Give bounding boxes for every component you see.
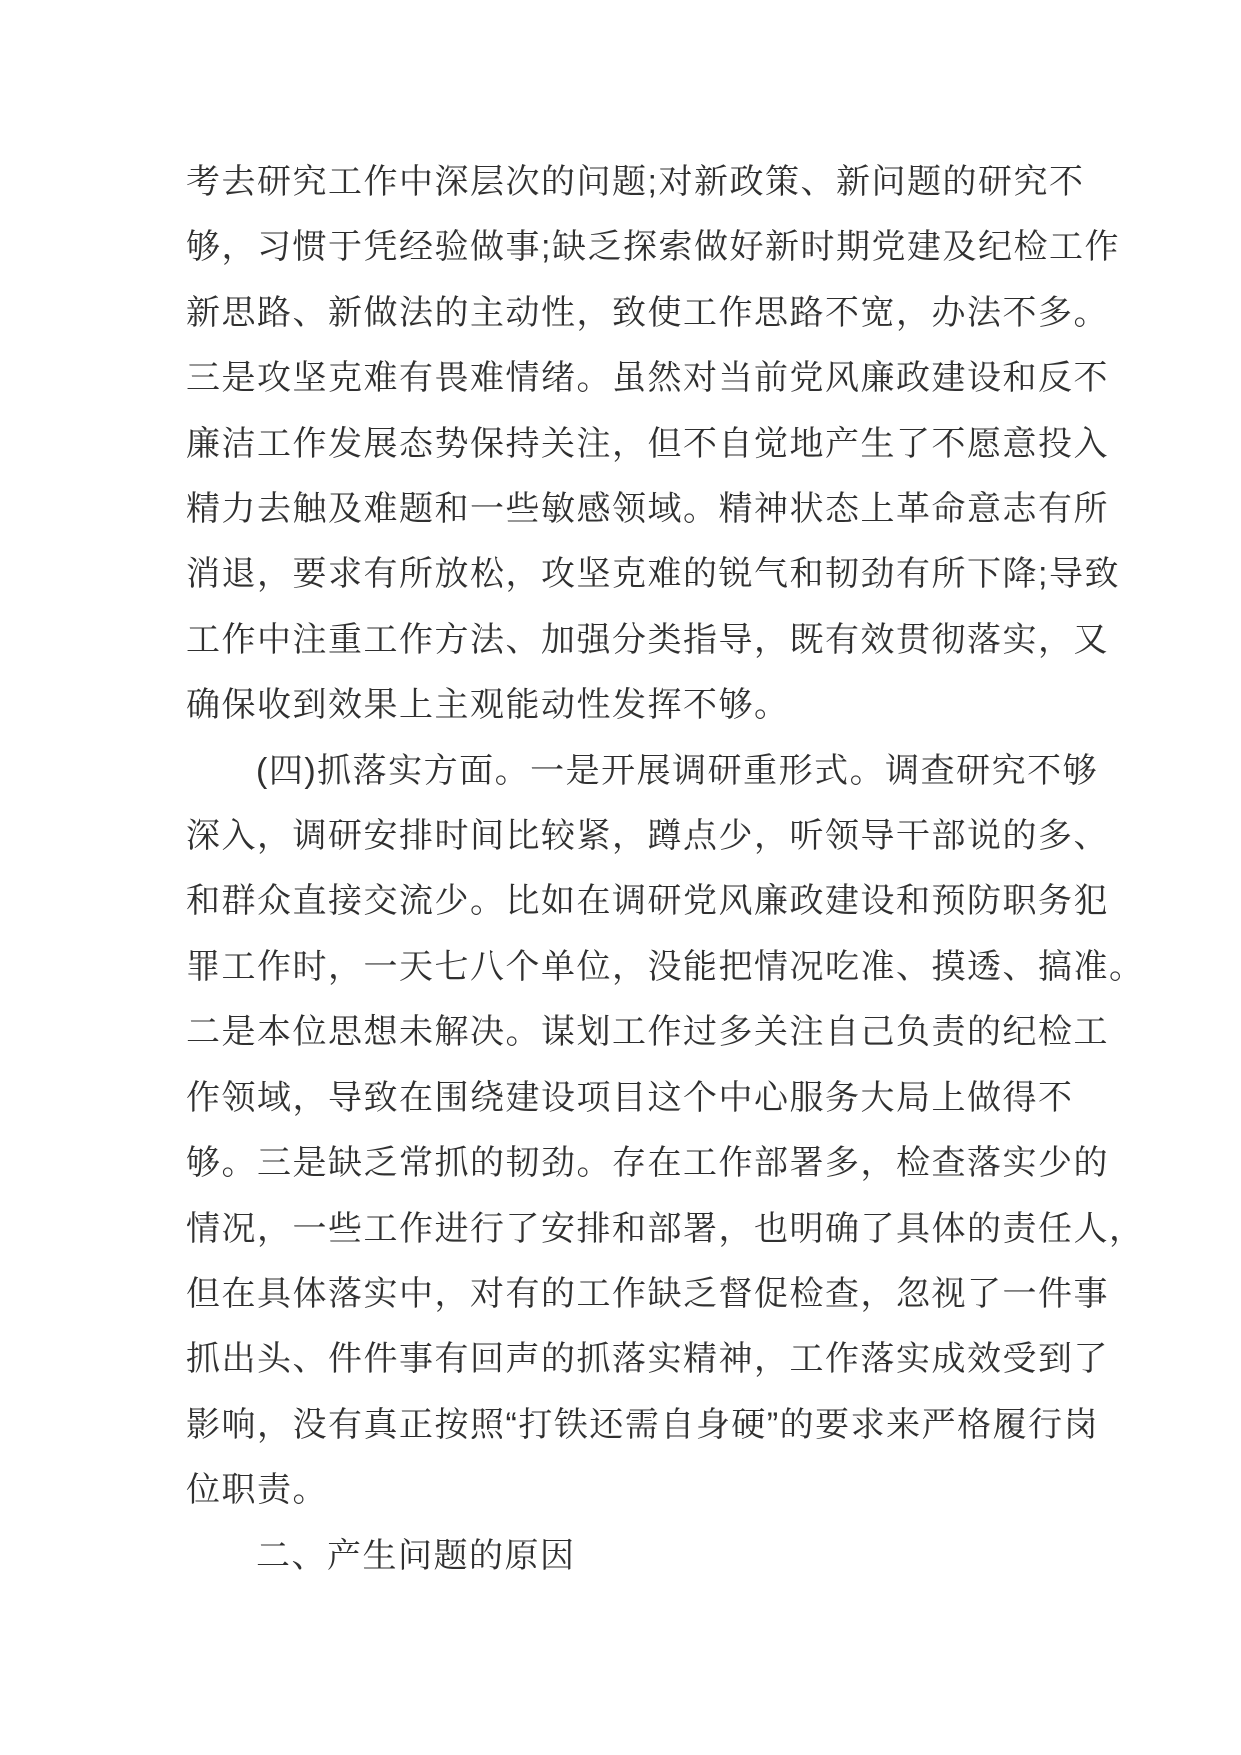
text-line: 二是本位思想未解决。谋划工作过多关注自己负责的纪检工 <box>186 1000 1071 1065</box>
text-line: 抓出头、件件事有回声的抓落实精神，工作落实成效受到了 <box>186 1327 1071 1392</box>
document-content: 考去研究工作中深层次的问题;对新政策、新问题的研究不够，习惯于凭经验做事;缺乏探… <box>186 150 1071 1589</box>
paragraph-continuation: 考去研究工作中深层次的问题;对新政策、新问题的研究不够，习惯于凭经验做事;缺乏探… <box>186 150 1071 739</box>
text-line: 二、产生问题的原因 <box>186 1524 1071 1589</box>
text-line: 消退，要求有所放松，攻坚克难的锐气和韧劲有所下降;导致 <box>186 542 1071 607</box>
text-line: 深入，调研安排时间比较紧，蹲点少，听领导干部说的多、 <box>186 804 1071 869</box>
text-line: 情况，一些工作进行了安排和部署，也明确了具体的责任人， <box>186 1197 1071 1262</box>
text-line: 三是攻坚克难有畏难情绪。虽然对当前党风廉政建设和反不 <box>186 346 1071 411</box>
text-line: 精力去触及难题和一些敏感领域。精神状态上革命意志有所 <box>186 477 1071 542</box>
text-line: 新思路、新做法的主动性，致使工作思路不宽，办法不多。 <box>186 281 1071 346</box>
text-line: 考去研究工作中深层次的问题;对新政策、新问题的研究不 <box>186 150 1071 215</box>
text-line: 确保收到效果上主观能动性发挥不够。 <box>186 673 1071 738</box>
text-line: 但在具体落实中，对有的工作缺乏督促检查，忽视了一件事 <box>186 1262 1071 1327</box>
text-line: 工作中注重工作方法、加强分类指导，既有效贯彻落实，又 <box>186 608 1071 673</box>
text-line: 够。三是缺乏常抓的韧劲。存在工作部署多，检查落实少的 <box>186 1131 1071 1196</box>
text-line: (四)抓落实方面。一是开展调研重形式。调查研究不够 <box>186 739 1071 804</box>
text-line: 廉洁工作发展态势保持关注，但不自觉地产生了不愿意投入 <box>186 412 1071 477</box>
document-page: 考去研究工作中深层次的问题;对新政策、新问题的研究不够，习惯于凭经验做事;缺乏探… <box>0 0 1241 1755</box>
text-line: 位职责。 <box>186 1458 1071 1523</box>
paragraph-section-four: (四)抓落实方面。一是开展调研重形式。调查研究不够深入，调研安排时间比较紧，蹲点… <box>186 739 1071 1524</box>
heading-section-two: 二、产生问题的原因 <box>186 1524 1071 1589</box>
text-line: 和群众直接交流少。比如在调研党风廉政建设和预防职务犯 <box>186 869 1071 934</box>
text-line: 够，习惯于凭经验做事;缺乏探索做好新时期党建及纪检工作 <box>186 215 1071 280</box>
text-line: 作领域，导致在围绕建设项目这个中心服务大局上做得不 <box>186 1066 1071 1131</box>
text-line: 影响，没有真正按照“打铁还需自身硬”的要求来严格履行岗 <box>186 1393 1071 1458</box>
text-line: 罪工作时，一天七八个单位，没能把情况吃准、摸透、搞准。 <box>186 935 1071 1000</box>
